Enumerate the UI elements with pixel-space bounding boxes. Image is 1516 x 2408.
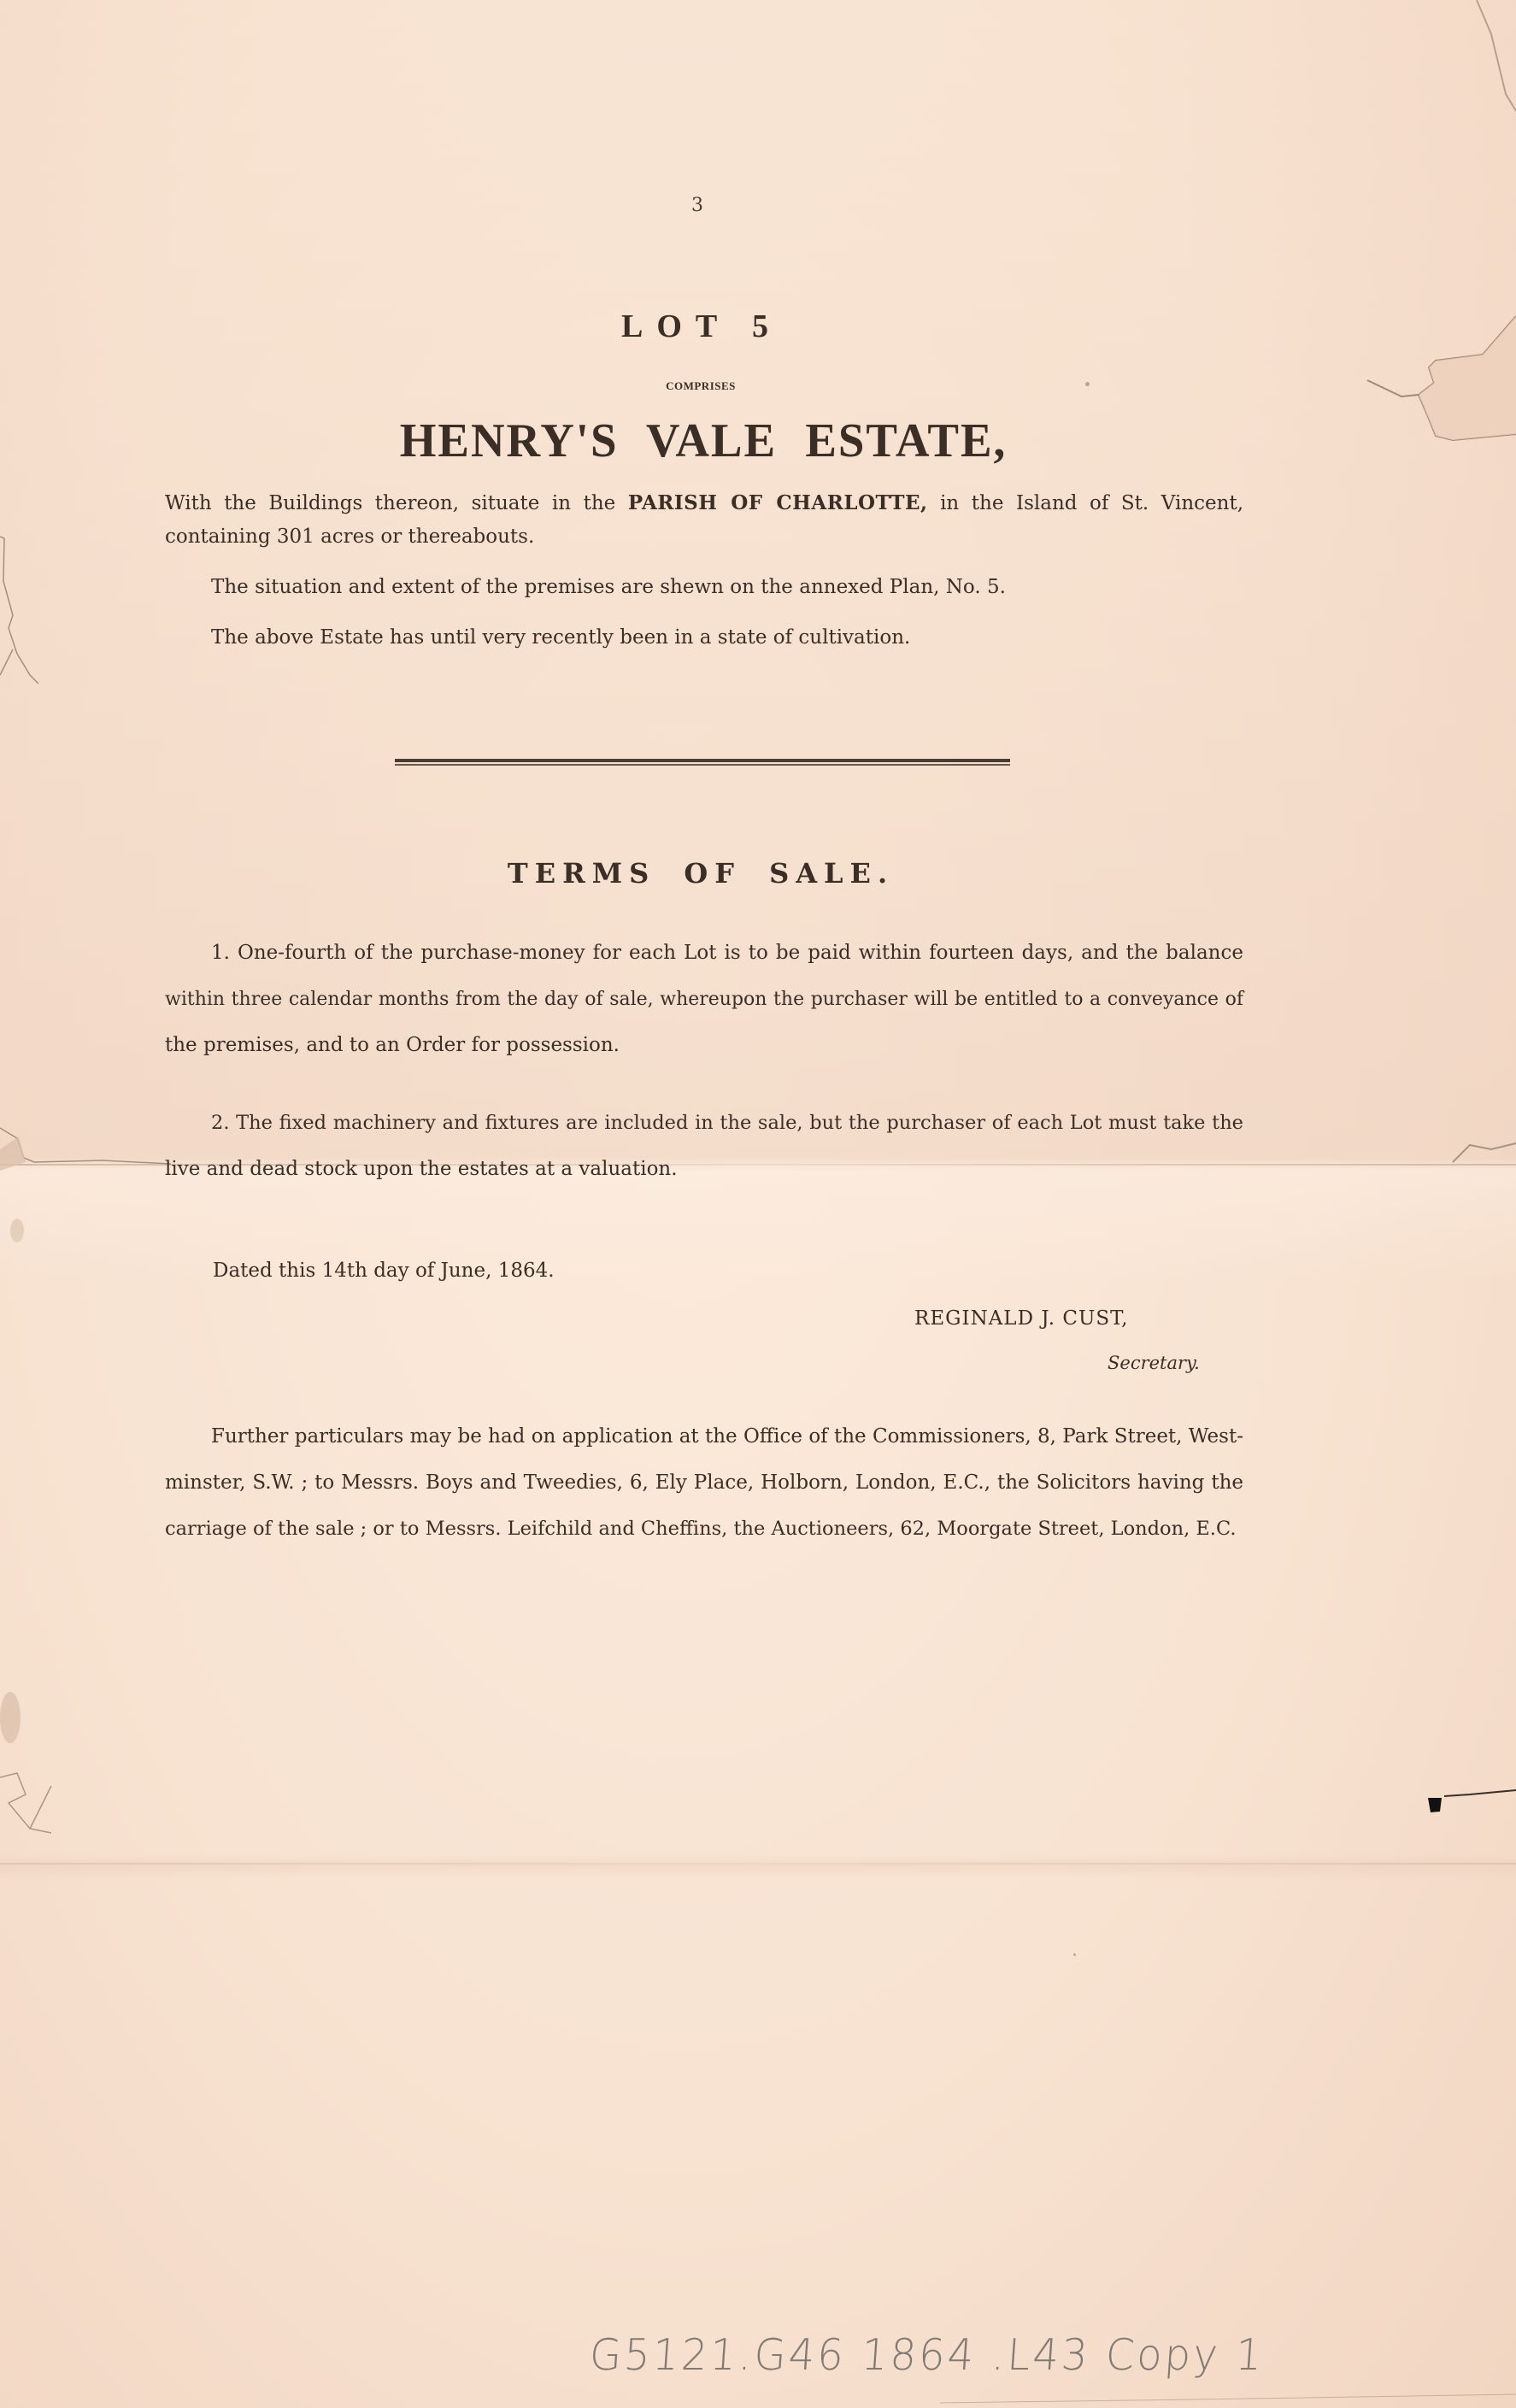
signatory-title: Secretary. [1108,1353,1200,1373]
term-2-line-2: live and dead stock upon the estates at … [165,1158,1243,1180]
further-particulars-line-3: carriage of the sale ; or to Messrs. Lei… [165,1518,1243,1540]
further-particulars-line-2: minster, S.W. ; to Messrs. Boys and Twee… [165,1471,1243,1494]
cultivation-text: The above Estate has until very recently… [211,626,1243,649]
handwritten-call-number: G5121.G46 1864 .L43 Copy 1 [588,2330,1266,2381]
estate-title: HENRY'S VALE ESTATE, [14,414,1392,468]
rule-thin-line [395,764,1010,766]
parish-name: PARISH OF CHARLOTTE, [628,491,928,514]
term-1-line-3: the premises, and to an Order for posses… [165,1034,1243,1056]
paper-background [0,0,1516,2408]
lot-heading: LOT 5 [0,308,1403,345]
term-1-line-2: within three calendar months from the da… [165,989,1243,1010]
dated-line: Dated this 14th day of June, 1864. [213,1260,555,1282]
description-line-1: With the Buildings thereon, situate in t… [165,491,1243,514]
section-divider-rule [395,759,1010,766]
term-2-line-1: 2. The fixed machinery and fixtures are … [211,1112,1243,1134]
situation-text: The situation and extent of the premises… [211,576,1243,598]
signatory-name: REGINALD J. CUST, [914,1307,1128,1330]
comprises-label: COMPRISES [0,379,1401,393]
description-text: With the Buildings thereon, situate in t… [165,492,615,514]
further-particulars-line-1: Further particulars may be had on applic… [211,1425,1243,1448]
term-1-line-1: 1. One-fourth of the purchase-money for … [211,942,1243,964]
page-number: 3 [0,195,1395,216]
lower-fold-crease [0,1863,1516,1865]
terms-heading: TERMS OF SALE. [0,857,1401,890]
description-text: in the Island of St. Vincent, [940,492,1243,514]
ink-spot [1073,1953,1076,1956]
description-line-2: containing 301 acres or thereabouts. [165,526,1243,548]
rule-thick-line [395,759,1010,762]
